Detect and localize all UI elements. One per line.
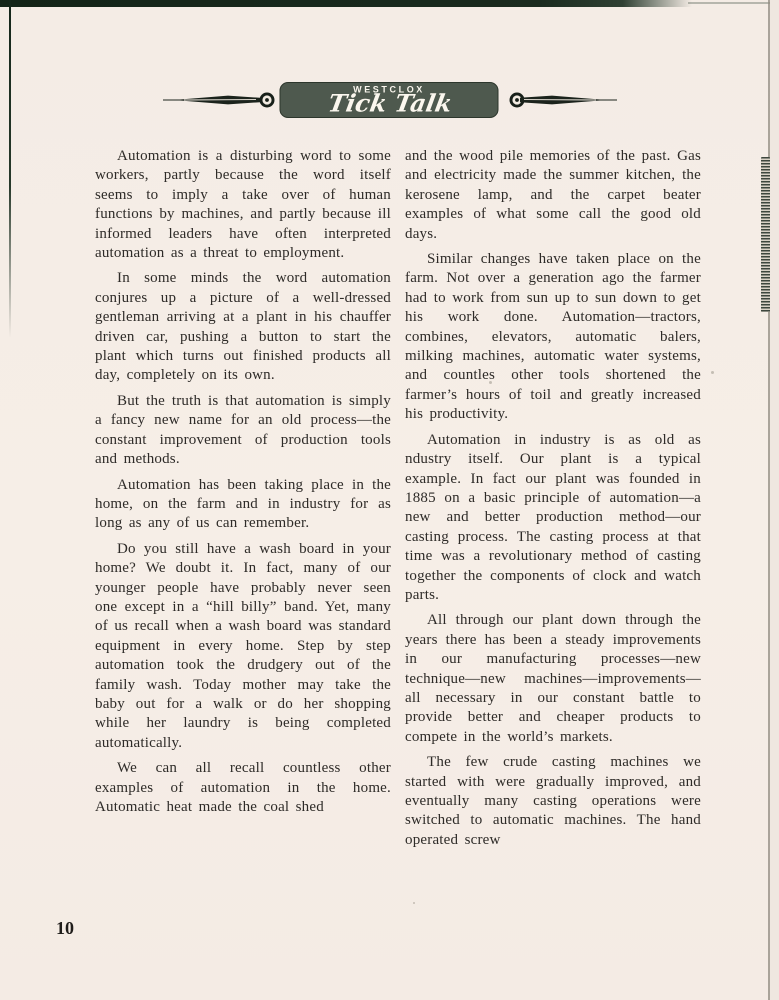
clock-hub-left-icon — [260, 93, 275, 108]
westclox-tick-talk-logo: WESTCLOX Tick Talk — [160, 72, 620, 132]
article-paragraph: In some minds the word automation conjur… — [95, 269, 391, 385]
article-paragraph: Do you still have a wash board in your h… — [95, 540, 391, 753]
magazine-page: WESTCLOX Tick Talk Automation is a distu… — [0, 0, 779, 1000]
article-paragraph: Automation has been taking place in the … — [95, 476, 391, 534]
page-number: 10 — [56, 918, 74, 939]
right-page-edge — [768, 0, 770, 1000]
book-fore-edge-pages — [761, 157, 770, 312]
left-page-edge — [9, 0, 11, 338]
article-paragraph: The few crude casting machines we starte… — [405, 753, 701, 850]
article-paragraph: Similar changes have taken place on the … — [405, 250, 701, 425]
article-paragraph: All through our plant down through the y… — [405, 611, 701, 747]
article-paragraph: But the truth is that automation is simp… — [95, 392, 391, 470]
top-border-faint — [688, 2, 779, 4]
clock-hand-right-icon — [520, 96, 617, 105]
article-paragraph: Automation is a disturbing word to some … — [95, 147, 391, 263]
article-paragraph: and the wood pile memories of the past. … — [405, 147, 701, 244]
article-body: Automation is a disturbing word to some … — [95, 147, 701, 856]
tick-talk-masthead: WESTCLOX Tick Talk — [160, 72, 620, 132]
left-column: Automation is a disturbing word to some … — [95, 147, 391, 856]
right-column: and the wood pile memories of the past. … — [405, 147, 701, 856]
logo-banner: WESTCLOX Tick Talk — [280, 83, 498, 118]
tick-talk-script: Tick Talk — [326, 89, 454, 118]
scan-speck — [413, 902, 415, 904]
article-paragraph: We can all recall countless other exampl… — [95, 759, 391, 817]
right-margin — [770, 0, 779, 1000]
scan-speck — [711, 371, 714, 374]
top-border — [0, 0, 692, 7]
clock-hand-left-icon — [163, 96, 260, 105]
article-paragraph: Automation in industry is as old as ndus… — [405, 431, 701, 606]
